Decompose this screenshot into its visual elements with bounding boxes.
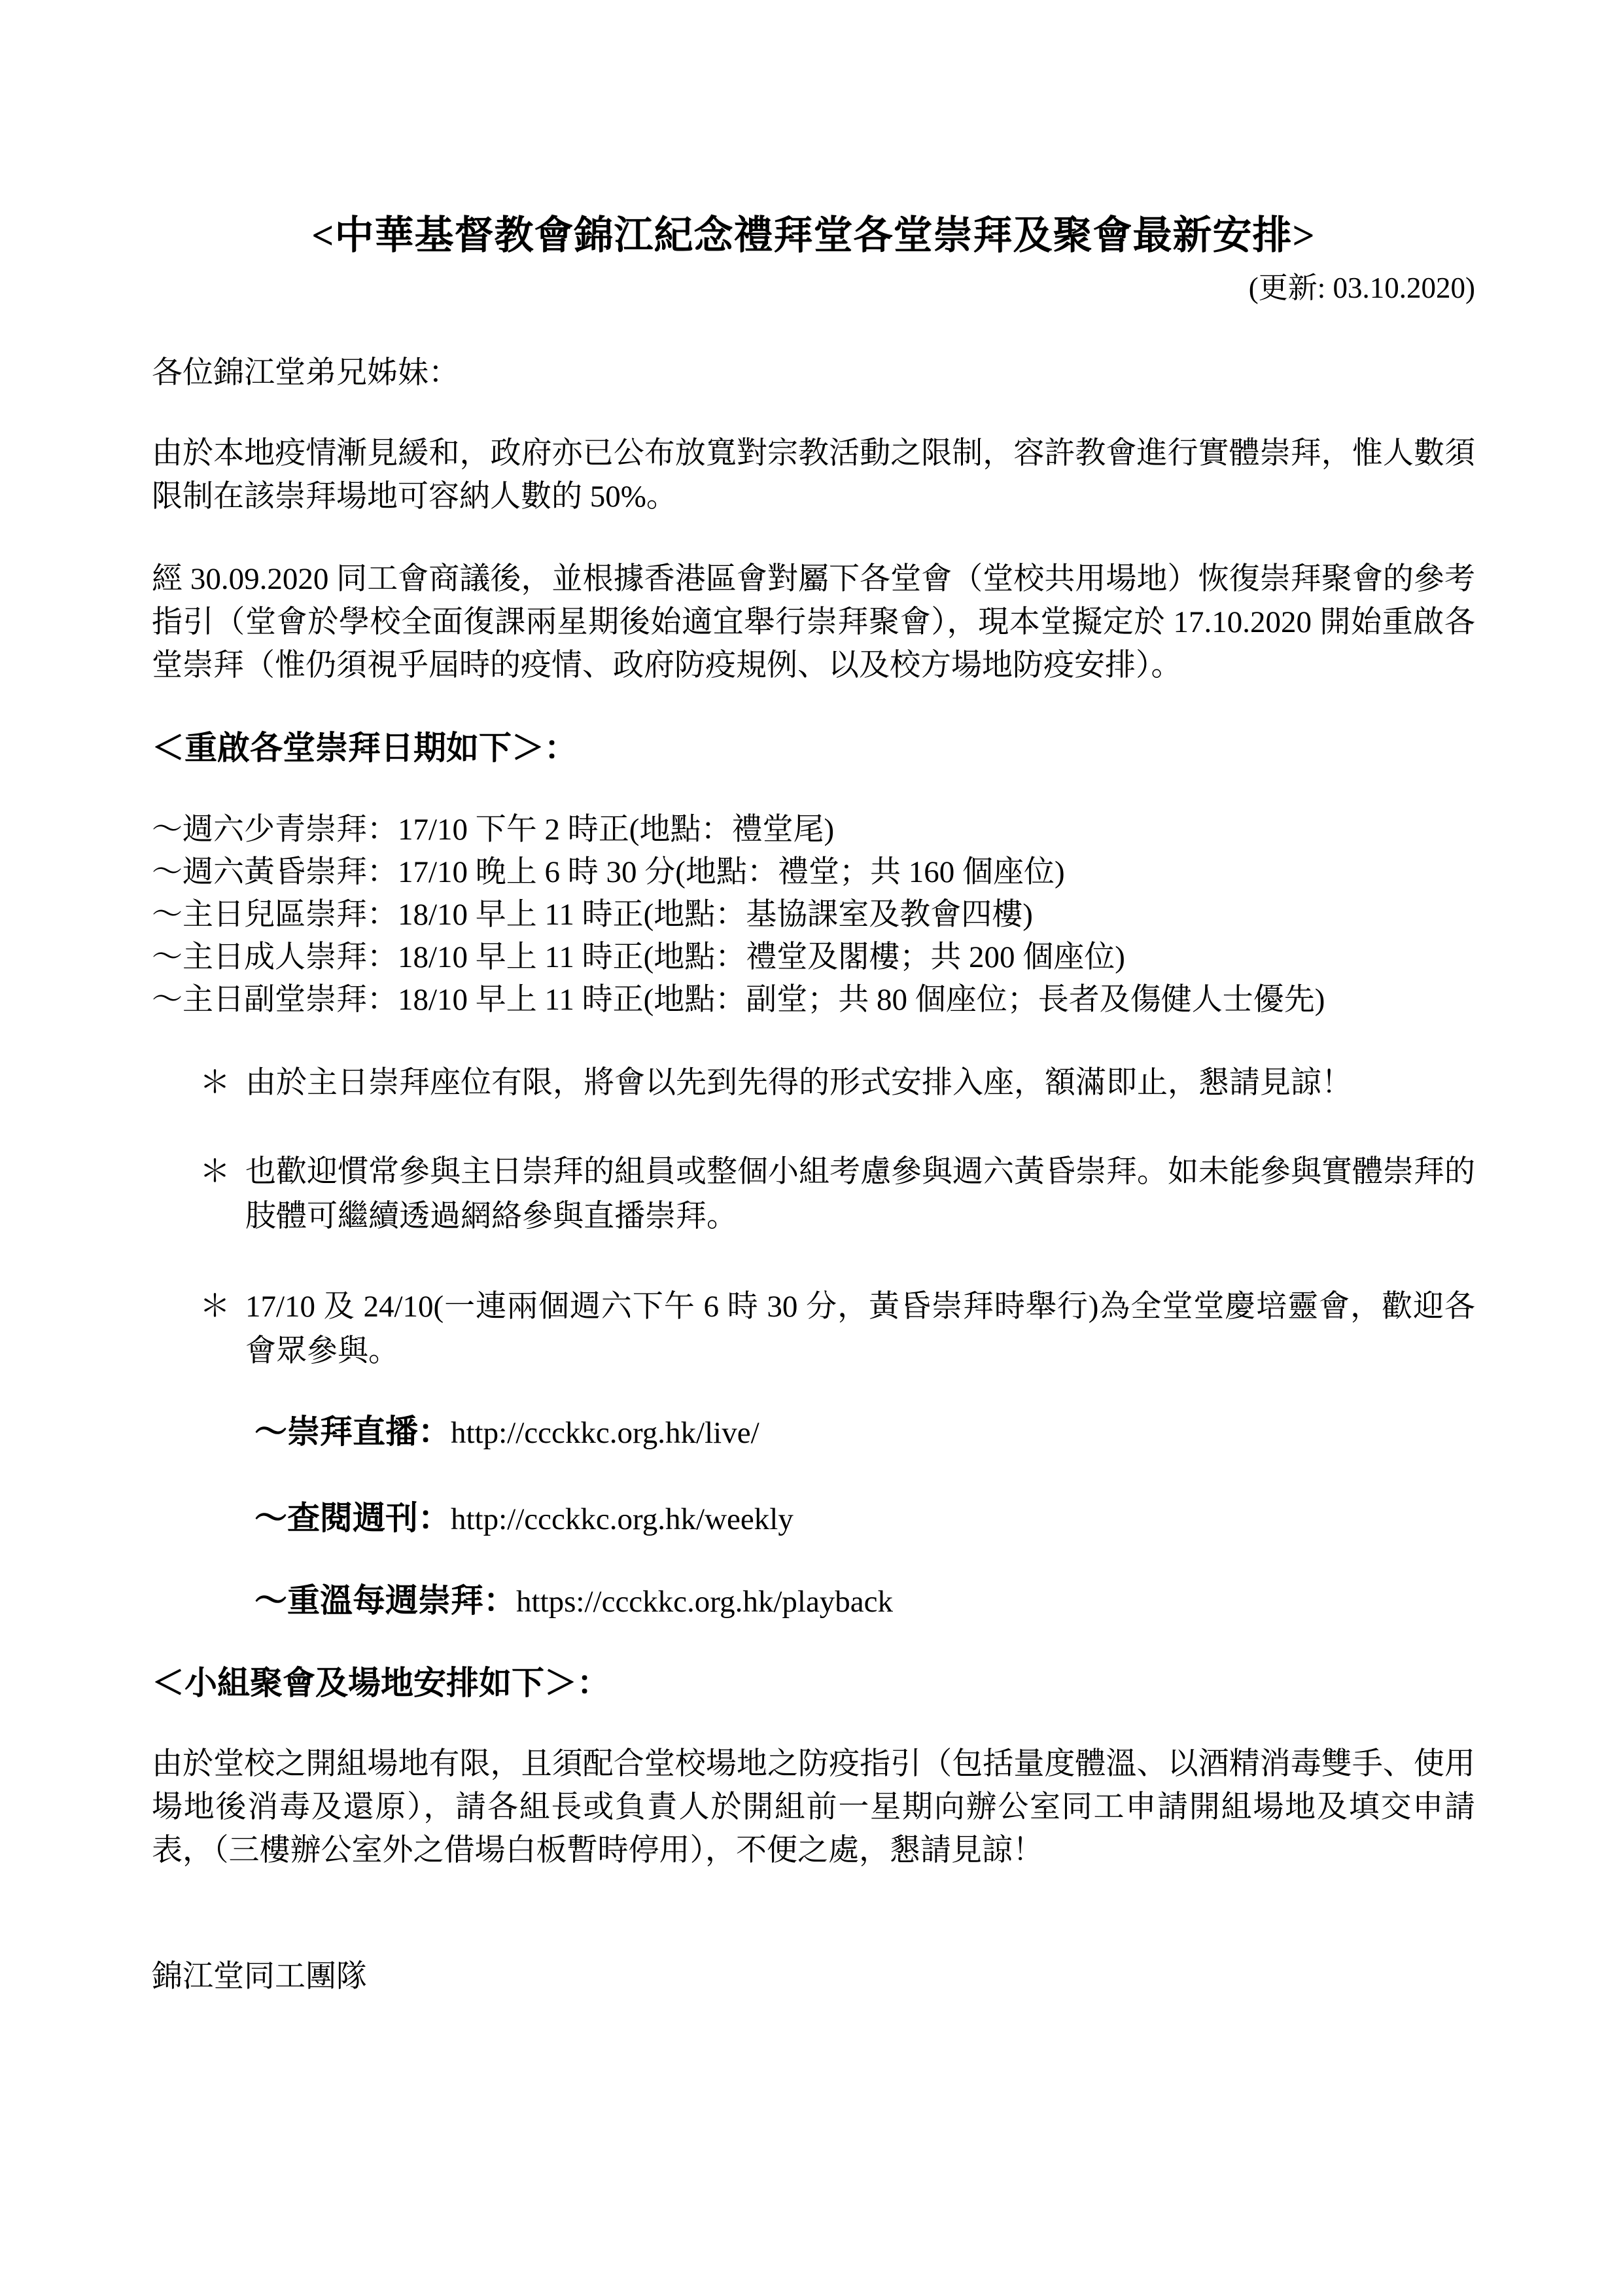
- paragraph-reopening-decision: 經 30.09.2020 同工會商議後，並根據香港區會對屬下各堂會（堂校共用場地…: [152, 557, 1475, 687]
- playback-link-line: ～重溫每週崇拜：https://ccckkc.org.hk/playback: [254, 1580, 1475, 1622]
- note-text: 也歡迎慣常參與主日崇拜的組員或整個小組考慮參與週六黃昏崇拜。如未能參與實體崇拜的…: [245, 1150, 1475, 1239]
- weekly-bulletin-link-line: ～查閱週刊：http://ccckkc.org.hk/weekly: [254, 1498, 1475, 1540]
- live-stream-link-line: ～崇拜直播：http://ccckkc.org.hk/live/: [254, 1411, 1475, 1453]
- asterisk-bullet-icon: ＊: [200, 1061, 245, 1105]
- service-item-sunday-adult: ～主日成人崇拜：18/10 早上 11 時正(地點：禮堂及閣樓；共 200 個座…: [152, 936, 1475, 979]
- note-text: 17/10 及 24/10(一連兩個週六下午 6 時 30 分，黃昏崇拜時舉行)…: [245, 1284, 1475, 1373]
- signature-line: 錦江堂同工團隊: [152, 1957, 1475, 1996]
- update-date: (更新: 03.10.2020): [152, 268, 1475, 308]
- paragraph-pandemic-intro: 由於本地疫情漸見緩和，政府亦已公布放寬對宗教活動之限制，容許教會進行實體崇拜，惟…: [152, 432, 1475, 518]
- weekly-bulletin-url[interactable]: http://ccckkc.org.hk/weekly: [451, 1502, 794, 1536]
- greeting-line: 各位錦江堂弟兄姊妹：: [152, 353, 1475, 393]
- document-page: <中華基督教會錦江紀念禮拜堂各堂崇拜及聚會最新安排> (更新: 03.10.20…: [0, 0, 1623, 2296]
- playback-label: ～重溫每週崇拜：: [254, 1582, 516, 1619]
- note-seating-limited: ＊ 由於主日崇拜座位有限，將會以先到先得的形式安排入座，額滿即止，懇請見諒！: [152, 1061, 1475, 1105]
- live-stream-label: ～崇拜直播：: [254, 1413, 451, 1450]
- document-title: <中華基督教會錦江紀念禮拜堂各堂崇拜及聚會最新安排>: [152, 203, 1475, 268]
- service-item-saturday-evening: ～週六黃昏崇拜：17/10 晚上 6 時 30 分(地點：禮堂；共 160 個座…: [152, 851, 1475, 894]
- asterisk-bullet-icon: ＊: [200, 1150, 245, 1194]
- note-revival-meeting: ＊ 17/10 及 24/10(一連兩個週六下午 6 時 30 分，黃昏崇拜時舉…: [152, 1284, 1475, 1373]
- section-heading-service-dates: ＜重啟各堂崇拜日期如下＞：: [152, 728, 1475, 768]
- service-item-saturday-youth: ～週六少青崇拜：17/10 下午 2 時正(地點：禮堂尾): [152, 809, 1475, 851]
- section-heading-group-meetings: ＜小組聚會及場地安排如下＞：: [152, 1663, 1475, 1703]
- paragraph-group-venue-rules: 由於堂校之開組場地有限，且須配合堂校場地之防疫指引（包括量度體溫、以酒精消毒雙手…: [152, 1742, 1475, 1872]
- asterisk-bullet-icon: ＊: [200, 1284, 245, 1329]
- live-stream-url[interactable]: http://ccckkc.org.hk/live/: [451, 1416, 759, 1450]
- note-saturday-option: ＊ 也歡迎慣常參與主日崇拜的組員或整個小組考慮參與週六黃昏崇拜。如未能參與實體崇…: [152, 1150, 1475, 1239]
- note-text: 由於主日崇拜座位有限，將會以先到先得的形式安排入座，額滿即止，懇請見諒！: [245, 1061, 1475, 1105]
- service-item-sunday-side-hall: ～主日副堂崇拜：18/10 早上 11 時正(地點：副堂；共 80 個座位；長者…: [152, 979, 1475, 1021]
- service-list: ～週六少青崇拜：17/10 下午 2 時正(地點：禮堂尾) ～週六黃昏崇拜：17…: [152, 809, 1475, 1021]
- weekly-bulletin-label: ～查閱週刊：: [254, 1500, 451, 1536]
- playback-url[interactable]: https://ccckkc.org.hk/playback: [516, 1585, 893, 1619]
- service-item-sunday-children: ～主日兒區崇拜：18/10 早上 11 時正(地點：基協課室及教會四樓): [152, 894, 1475, 936]
